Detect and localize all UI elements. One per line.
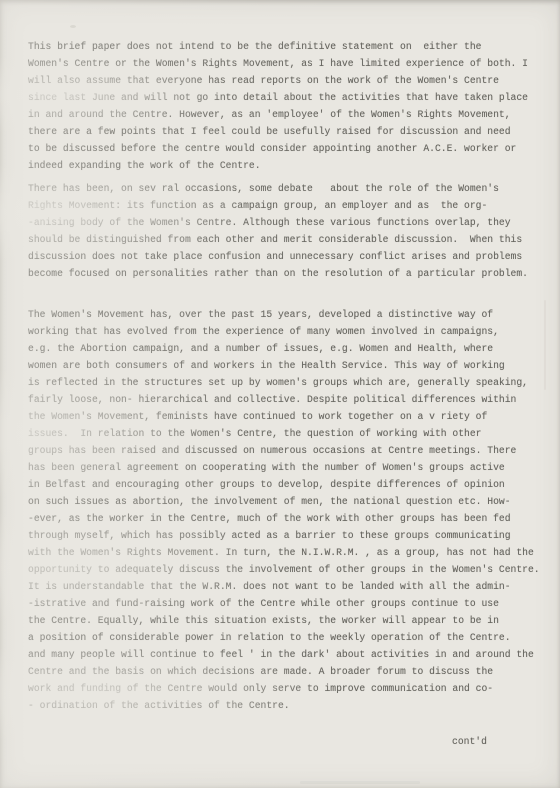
paragraph-intro: This brief paper does not intend to be t… [28,38,554,174]
document-page: This brief paper does not intend to be t… [0,0,560,788]
paragraph-womens-movement: The Women's Movement has, over the past … [28,306,554,714]
scan-bottom-streak [300,781,420,784]
scan-smudge [70,25,76,28]
paragraph-debate-role: There has been, on sev ral occasions, so… [28,180,554,282]
continuation-note: cont'd [452,733,487,750]
document-body: This brief paper does not intend to be t… [28,38,554,714]
